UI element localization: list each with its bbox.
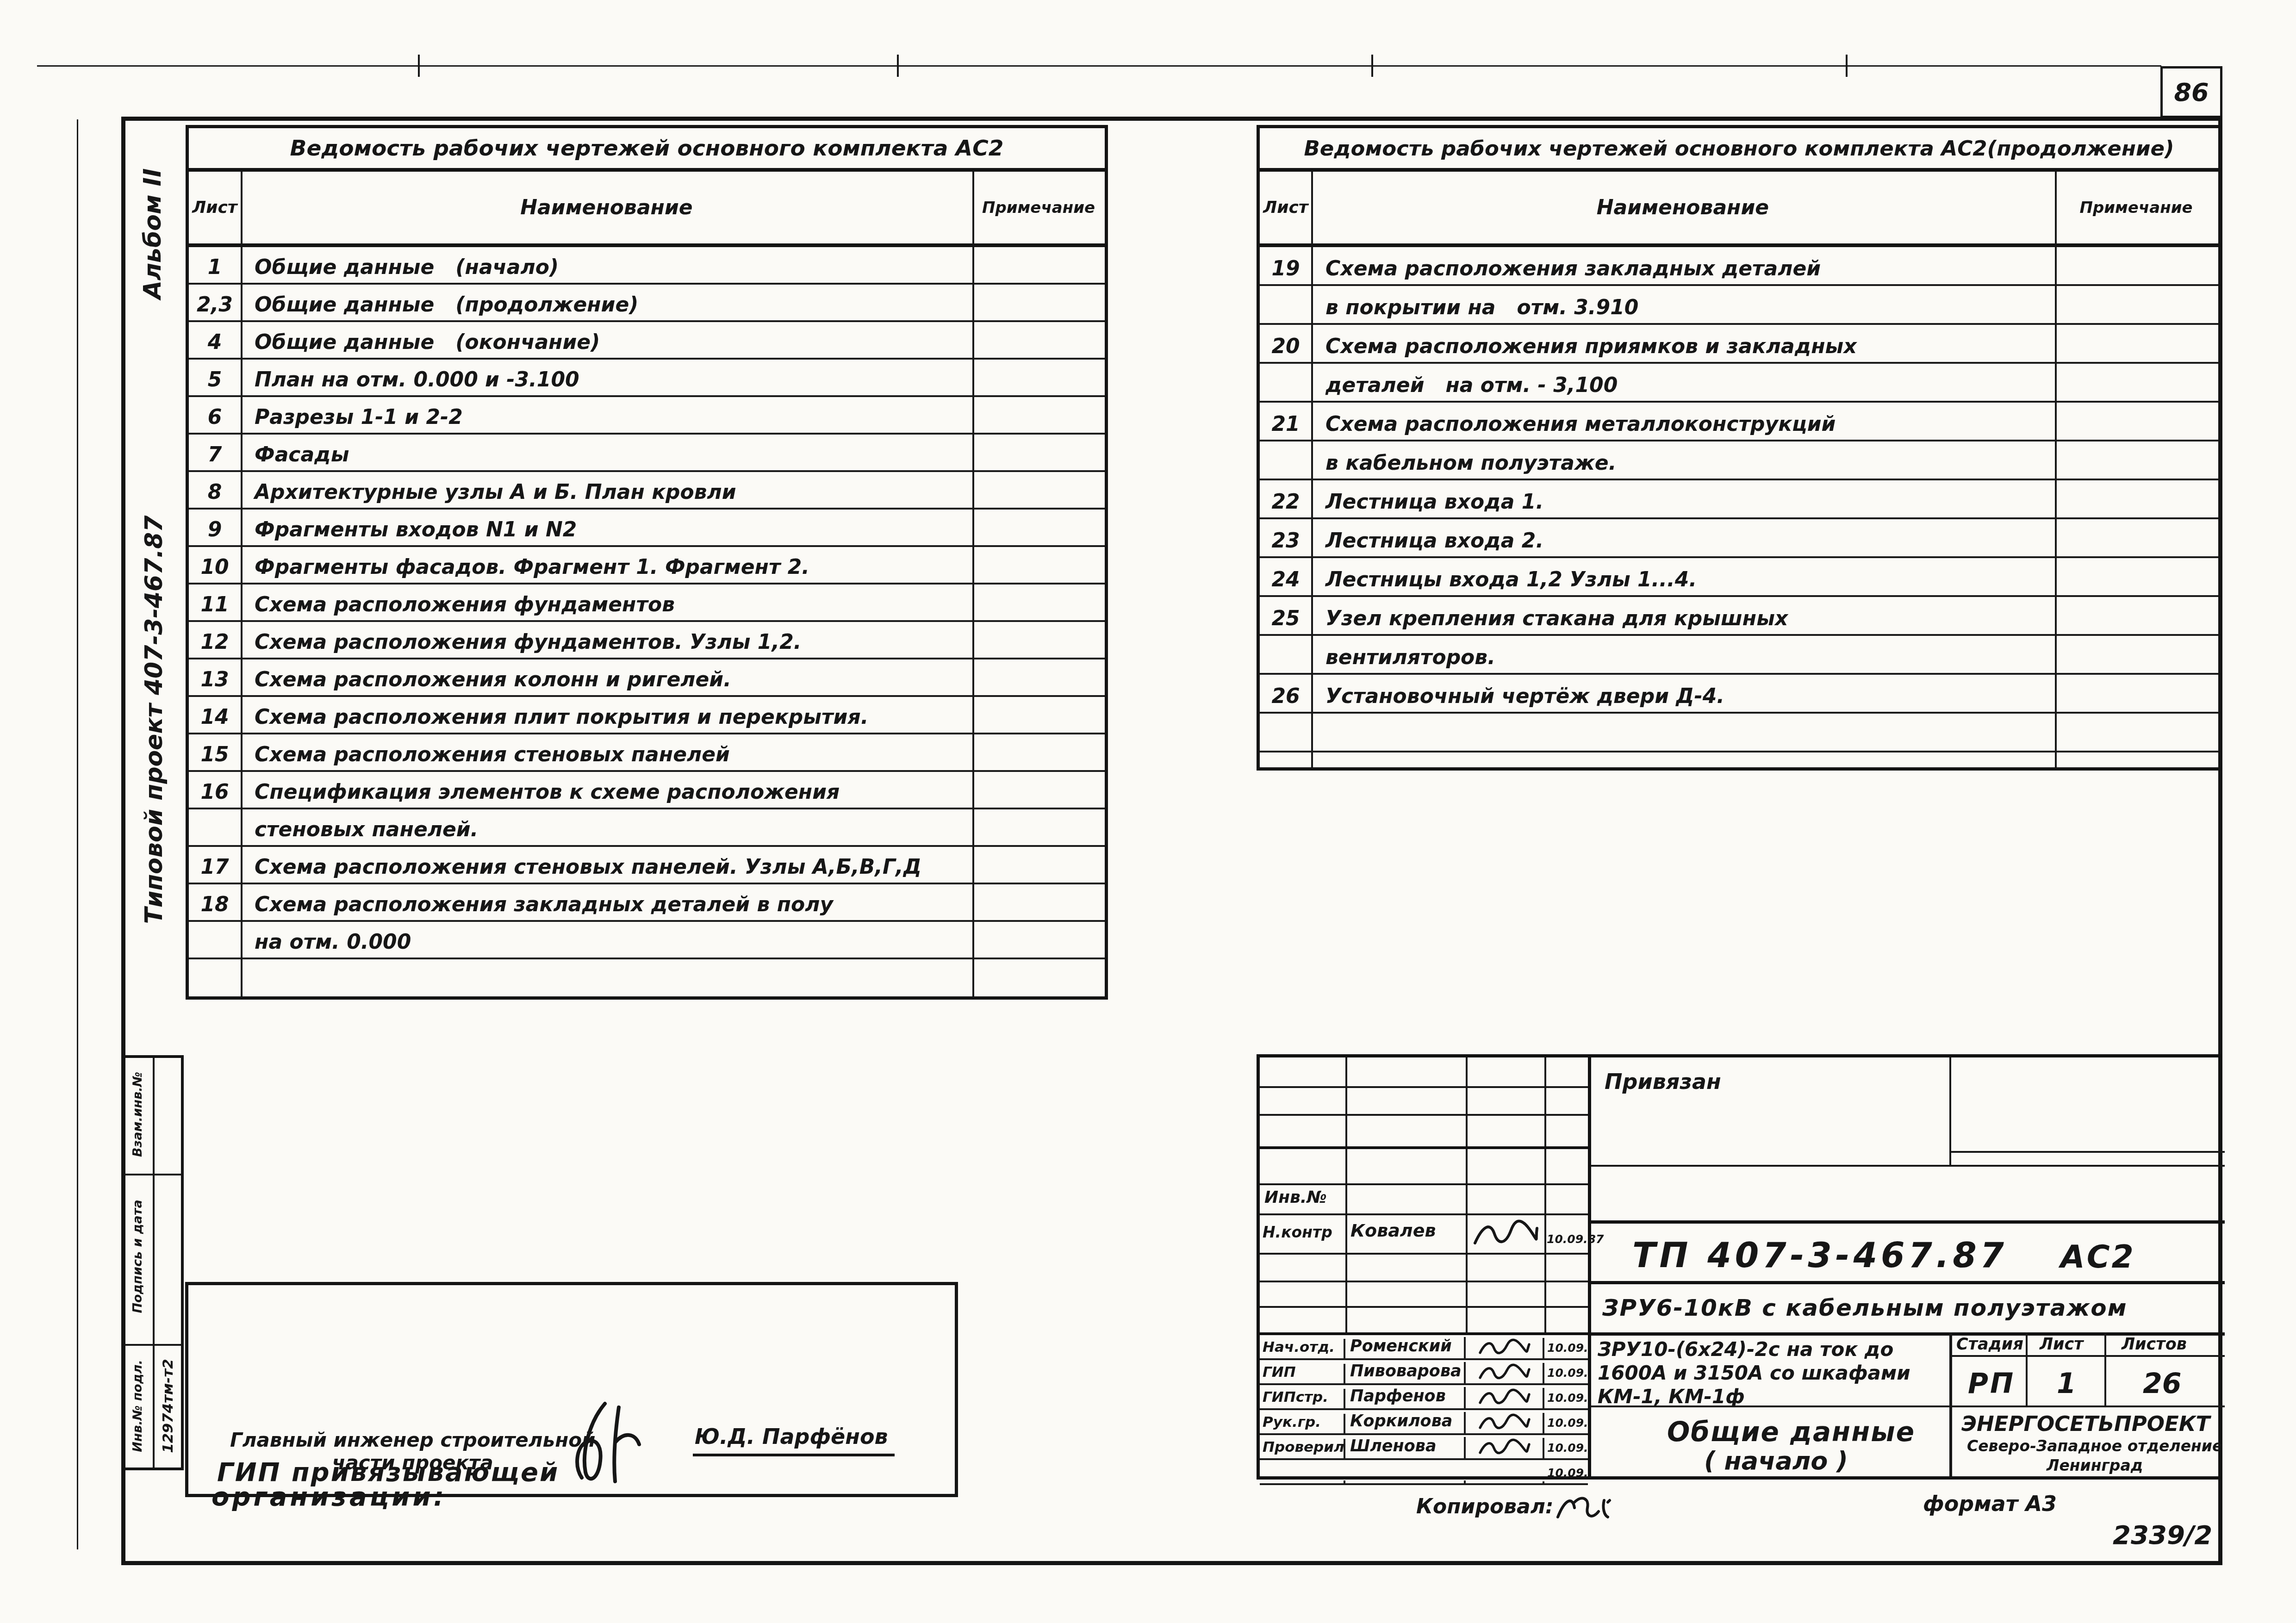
stamp-inv-value: 12974тм-т2 <box>160 1359 176 1453</box>
stage-header-stadiya: Стадия <box>1956 1335 2023 1354</box>
row-name: Узел крепления стакана для крышных <box>1312 607 2054 634</box>
divider <box>241 172 243 996</box>
ncontr-name: Ковалев <box>1350 1220 1436 1241</box>
table-row: 15 Схема расположения стеновых панелей <box>189 734 1105 772</box>
divider <box>1544 1057 1546 1332</box>
table-row: 18 Схема расположения закладных деталей … <box>189 884 1105 922</box>
row-number: 9 <box>189 518 241 545</box>
row-number <box>189 841 241 845</box>
table-row: 14 Схема расположения плит покрытия и пе… <box>189 697 1105 734</box>
table-row: 8 Архитектурные узлы А и Б. План кровли <box>189 472 1105 510</box>
divider <box>1260 1213 1588 1215</box>
sign-name <box>1345 1480 1466 1483</box>
row-name: Схема расположения металлоконструкций <box>1312 412 2054 440</box>
row-number: 20 <box>1260 335 1312 362</box>
sign-date: 10.09.87 <box>1544 1416 1588 1433</box>
fold-tick <box>1371 55 1373 77</box>
row-name: Схема расположения фундаментов <box>241 593 972 620</box>
left-col-note: Примечание <box>972 199 1105 217</box>
subject-line2: 1600А и 3150А со шкафами <box>1598 1362 1910 1384</box>
row-name: Фрагменты входов N1 и N2 <box>241 518 972 545</box>
divider <box>1260 1183 1588 1185</box>
right-table-title: Ведомость рабочих чертежей основного ком… <box>1304 136 2174 161</box>
divider <box>124 1174 181 1175</box>
archive-number: 2339/2 <box>2113 1520 2212 1550</box>
gip-line2: организации: <box>212 1482 447 1512</box>
sheet-title-line1: Общие данные <box>1667 1416 1915 1448</box>
table-row: в покрытии на отм. 3.910 <box>1260 286 2218 325</box>
page-number: 86 <box>2174 78 2209 107</box>
right-col-name: Наименование <box>1312 196 2054 219</box>
divider <box>1311 172 1313 767</box>
inv-number-label: Инв.№ <box>1264 1188 1327 1207</box>
sign-name: Шленова <box>1345 1437 1466 1458</box>
sign-name: Роменский <box>1345 1337 1466 1358</box>
table-row: стеновых панелей. <box>189 809 1105 847</box>
sign-role: Рук.гр. <box>1260 1414 1345 1433</box>
right-table-rows: 19 Схема расположения закладных деталей … <box>1260 247 2218 752</box>
signature-row: Нач.отд. Роменский 10.09.87 <box>1260 1335 1588 1360</box>
signature-icon <box>1476 1438 1532 1456</box>
row-number: 1 <box>189 255 241 283</box>
row-number: 17 <box>189 855 241 883</box>
table-row: 12 Схема расположения фундаментов. Узлы … <box>189 622 1105 659</box>
row-name: стеновых панелей. <box>241 818 972 845</box>
divider <box>1260 1253 1588 1255</box>
divider <box>1949 1405 2225 1407</box>
row-number: 18 <box>189 893 241 920</box>
table-row: в кабельном полуэтаже. <box>1260 442 2218 480</box>
row-number: 14 <box>189 705 241 733</box>
album-label: Альбом II <box>139 168 167 299</box>
table-row: вентиляторов. <box>1260 636 2218 675</box>
stage-header-list: Лист <box>2040 1335 2084 1354</box>
sign-role: Проверил <box>1260 1439 1345 1458</box>
signature-icon <box>1476 1338 1532 1356</box>
row-number: 13 <box>189 668 241 695</box>
row-number: 24 <box>1260 568 1312 595</box>
row-name: План на отм. 0.000 и -3.100 <box>241 368 972 395</box>
divider <box>1591 1220 2225 1224</box>
doc-code: АС2 <box>2060 1239 2135 1275</box>
divider <box>124 1344 181 1346</box>
table-row: 21 Схема расположения металлоконструкций <box>1260 403 2218 442</box>
table-row: на отм. 0.000 <box>189 922 1105 959</box>
table-row: 11 Схема расположения фундаментов <box>189 585 1105 622</box>
sign-date: 10.09.87 <box>1544 1391 1588 1408</box>
signature-icon <box>1476 1413 1532 1431</box>
row-number: 6 <box>189 405 241 433</box>
table-row: 17 Схема расположения стеновых панелей. … <box>189 847 1105 884</box>
divider <box>1345 1057 1347 1332</box>
subject-line3: КМ-1, КМ-1ф <box>1598 1385 1745 1408</box>
row-number <box>1260 669 1312 673</box>
project-label: Типовой проект 407-3-467.87 <box>140 516 168 924</box>
org-city: Ленинград <box>2047 1456 2143 1474</box>
certification-stamp: Главный инженер строительной части проек… <box>185 1282 958 1497</box>
row-number <box>1260 319 1312 323</box>
table-row: 13 Схема расположения колонн и ригелей. <box>189 659 1105 697</box>
sheets-total-value: 26 <box>2143 1368 2182 1400</box>
sign-date: 10.09.87 <box>1544 1341 1588 1358</box>
row-name: Схема расположения закладных деталей в п… <box>241 893 972 920</box>
divider <box>153 1058 155 1468</box>
sign-date: 10.09.8 <box>1544 1466 1588 1483</box>
row-name: в кабельном полуэтаже. <box>1312 451 2054 479</box>
engineer-signature-icon <box>554 1396 674 1489</box>
row-number: 25 <box>1260 607 1312 634</box>
ncontr-date: 10.09.87 <box>1547 1232 1604 1246</box>
signature-row: 10.09.8 <box>1260 1460 1588 1485</box>
row-name: Схема расположения стеновых панелей <box>241 743 972 770</box>
divider <box>1949 1057 1951 1165</box>
table-row: 20 Схема расположения приямков и закладн… <box>1260 325 2218 364</box>
row-name: Схема расположения стеновых панелей. Узл… <box>241 855 972 883</box>
stage-header-listov: Листов <box>2122 1335 2187 1354</box>
sign-date: 10.09.87 <box>1544 1441 1588 1458</box>
table-row: 24 Лестницы входа 1,2 Узлы 1...4. <box>1260 558 2218 597</box>
sign-name: Парфенов <box>1345 1387 1466 1408</box>
table-row: 7 Фасады <box>189 435 1105 472</box>
subject-line1: ЗРУ10-(6х24)-2с на ток до <box>1598 1338 1893 1361</box>
row-number: 19 <box>1260 257 1312 284</box>
row-number: 7 <box>189 443 241 470</box>
left-sheet-list-table: Ведомость рабочих чертежей основного ком… <box>186 125 1108 1000</box>
fold-tick <box>1846 55 1848 77</box>
table-row <box>1260 714 2218 752</box>
divider <box>1588 1057 1591 1476</box>
row-name: Спецификация элементов к схеме расположе… <box>241 780 972 808</box>
divider <box>1260 1281 1588 1282</box>
row-number <box>1260 397 1312 401</box>
signature-row: ГИПстр. Парфенов 10.09.87 <box>1260 1385 1588 1410</box>
row-number <box>1260 475 1312 479</box>
copyist-signature-icon <box>1550 1489 1634 1526</box>
divider <box>1591 1405 1949 1407</box>
row-name: Схема расположения плит покрытия и перек… <box>241 705 972 733</box>
divider <box>1949 1151 2225 1153</box>
table-row: 5 План на отм. 0.000 и -3.100 <box>189 360 1105 397</box>
row-number: 23 <box>1260 529 1312 556</box>
divider <box>1949 1355 2225 1357</box>
signature-row: ГИП Пивоварова 10.09.87 <box>1260 1360 1588 1385</box>
signature-rows: Нач.отд. Роменский 10.09.87 ГИП Пивоваро… <box>1260 1335 1588 1485</box>
row-name: Схема расположения фундаментов. Узлы 1,2… <box>241 630 972 658</box>
sheet-title-line2: ( начало ) <box>1704 1446 1848 1475</box>
row-name: вентиляторов. <box>1312 646 2054 673</box>
row-name: Фасады <box>241 443 972 470</box>
divider <box>1260 1146 1588 1149</box>
row-name: Фрагменты фасадов. Фрагмент 1. Фрагмент … <box>241 555 972 583</box>
row-name: Общие данные (продолжение) <box>241 293 972 320</box>
table-row: 16 Спецификация элементов к схеме распол… <box>189 772 1105 809</box>
row-number: 11 <box>189 593 241 620</box>
row-number: 2,3 <box>189 293 241 320</box>
left-table-rows: 1 Общие данные (начало) 2,3 Общие данные… <box>189 247 1105 959</box>
row-name: Лестницы входа 1,2 Узлы 1...4. <box>1312 568 2054 595</box>
left-table-title: Ведомость рабочих чертежей основного ком… <box>290 136 1004 161</box>
table-row: 25 Узел крепления стакана для крышных <box>1260 597 2218 636</box>
divider <box>2026 1332 2028 1405</box>
right-sheet-list-table: Ведомость рабочих чертежей основного ком… <box>1257 125 2221 771</box>
row-name: Общие данные (начало) <box>241 255 972 283</box>
row-name: Лестница входа 2. <box>1312 529 2054 556</box>
table-row: 23 Лестница входа 2. <box>1260 519 2218 558</box>
table-row: 10 Фрагменты фасадов. Фрагмент 1. Фрагме… <box>189 547 1105 585</box>
sign-date: 10.09.87 <box>1544 1366 1588 1383</box>
table-row: 4 Общие данные (окончание) <box>189 322 1105 360</box>
divider <box>1260 1306 1588 1308</box>
title-block: Инв.№ Н.контр Ковалев 10.09.87 Нач.отд. … <box>1257 1054 2221 1480</box>
org-branch: Северо-Западное отделение <box>1967 1437 2222 1455</box>
object-name: ЗРУ6-10кВ с кабельным полуэтажом <box>1602 1294 2128 1321</box>
sign-signature-cell <box>1466 1438 1544 1458</box>
row-name: Схема расположения приямков и закладных <box>1312 335 2054 362</box>
table-row: 2,3 Общие данные (продолжение) <box>189 285 1105 322</box>
sign-role: Нач.отд. <box>1260 1339 1345 1358</box>
divider <box>1591 1165 2225 1167</box>
signature-row: Рук.гр. Коркилова 10.09.87 <box>1260 1410 1588 1435</box>
row-number: 21 <box>1260 412 1312 440</box>
sign-name: Коркилова <box>1345 1412 1466 1433</box>
divider <box>1466 1057 1468 1332</box>
row-name: Схема расположения закладных деталей <box>1312 257 2054 284</box>
sign-signature-cell <box>1466 1363 1544 1383</box>
stamp-cell-podpis: Подпись и дата <box>131 1200 145 1313</box>
row-number: 5 <box>189 368 241 395</box>
sign-role: ГИП <box>1260 1364 1345 1383</box>
left-col-list: Лист <box>189 198 241 217</box>
signature-icon <box>1476 1388 1532 1406</box>
table-row: деталей на отм. - 3,100 <box>1260 364 2218 403</box>
fold-tick <box>418 55 420 77</box>
right-col-note: Примечание <box>2054 199 2218 217</box>
row-number: 10 <box>189 555 241 583</box>
cert-role-line1: Главный инженер строительной <box>230 1429 595 1451</box>
row-name: на отм. 0.000 <box>241 930 972 958</box>
doc-number: ТП 407-3-467.87 <box>1632 1236 2008 1275</box>
table-row: 6 Разрезы 1-1 и 2-2 <box>189 397 1105 435</box>
fold-tick <box>897 55 899 77</box>
row-name: Лестница входа 1. <box>1312 490 2054 517</box>
divider <box>1591 1281 2225 1284</box>
signature-row: Проверил Шленова 10.09.87 <box>1260 1435 1588 1460</box>
row-name: Установочный чертёж двери Д-4. <box>1312 684 2054 712</box>
table-row: 19 Схема расположения закладных деталей <box>1260 247 2218 286</box>
divider <box>1949 1332 1952 1476</box>
signature-icon <box>1476 1363 1532 1381</box>
stage-value: РП <box>1968 1368 2015 1400</box>
engineer-name: Ю.Д. Парфёнов <box>693 1424 895 1456</box>
divider <box>2104 1332 2106 1405</box>
page-number-box: 86 <box>2160 66 2222 118</box>
right-col-list: Лист <box>1260 198 1312 217</box>
sheet-number-value: 1 <box>2057 1368 2076 1400</box>
sign-name: Пивоварова <box>1345 1362 1466 1383</box>
left-col-name: Наименование <box>241 196 972 219</box>
row-number: 4 <box>189 330 241 358</box>
sign-signature-cell <box>1466 1388 1544 1408</box>
row-name: Разрезы 1-1 и 2-2 <box>241 405 972 433</box>
stamp-cell-inv: Инв.№ подл. <box>131 1360 145 1452</box>
org-name: ЭНЕРГОСЕТЬПРОЕКТ <box>1961 1412 2210 1436</box>
row-name: деталей на отм. - 3,100 <box>1312 373 2054 401</box>
row-name <box>1312 747 2054 751</box>
row-name: Архитектурные узлы А и Б. План кровли <box>241 480 972 508</box>
divider <box>1260 1114 1588 1116</box>
row-number: 12 <box>189 630 241 658</box>
scan-edge-line <box>77 119 78 1549</box>
sign-role <box>1260 1480 1345 1483</box>
table-row: 9 Фрагменты входов N1 и N2 <box>189 510 1105 547</box>
table-row: 26 Установочный чертёж двери Д-4. <box>1260 675 2218 714</box>
sheet-top-edge <box>37 65 2161 67</box>
sign-role: ГИПстр. <box>1260 1389 1345 1408</box>
sign-signature-cell <box>1466 1481 1544 1483</box>
divider <box>1260 1086 1588 1088</box>
row-number: 8 <box>189 480 241 508</box>
row-name: Схема расположения колонн и ригелей. <box>241 668 972 695</box>
signature-icon <box>1470 1217 1540 1250</box>
sign-signature-cell <box>1466 1413 1544 1433</box>
drawing-sheet: 86 Альбом II Типовой проект 407-3-467.87… <box>0 0 2296 1623</box>
table-row: 1 Общие данные (начало) <box>189 247 1105 285</box>
ncontr-role: Н.контр <box>1263 1223 1332 1241</box>
table-row: 22 Лестница входа 1. <box>1260 480 2218 519</box>
copied-label: Копировал: <box>1416 1495 1554 1518</box>
row-number: 15 <box>189 743 241 770</box>
row-name: Общие данные (окончание) <box>241 330 972 358</box>
divider <box>2055 172 2057 767</box>
stamp-cell-vzam: Взам.инв.№ <box>131 1072 145 1157</box>
row-number <box>189 954 241 958</box>
divider <box>972 172 974 996</box>
row-name: в покрытии на отм. 3.910 <box>1312 296 2054 323</box>
format-note: формат А3 <box>1923 1491 2057 1516</box>
row-number: 16 <box>189 780 241 808</box>
row-number: 22 <box>1260 490 1312 517</box>
row-number <box>1260 747 1312 751</box>
row-number: 26 <box>1260 684 1312 712</box>
privyazan-note: Привязан <box>1605 1069 1721 1094</box>
sign-signature-cell <box>1466 1338 1544 1358</box>
